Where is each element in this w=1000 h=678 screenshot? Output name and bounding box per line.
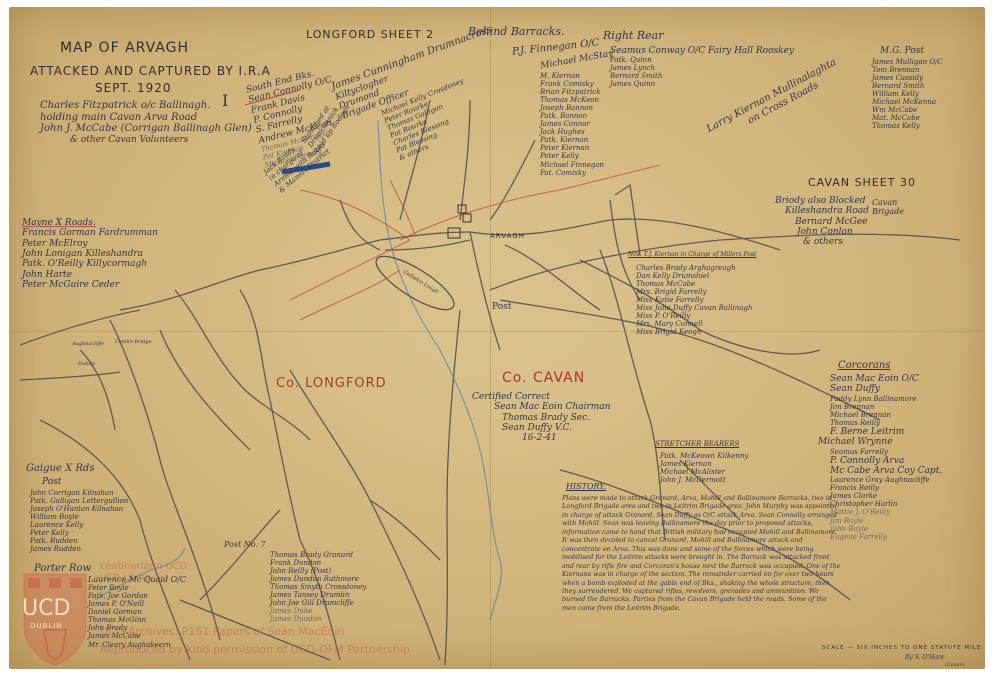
name-entry: Eugene Farrelly <box>830 533 942 541</box>
cavan-roads-note: Briody also Blocked Killeshandra Road Be… <box>775 196 869 248</box>
name-entry: James Mulligan O/C <box>872 58 943 66</box>
name-entry: Patk. Joe Gordan <box>88 592 186 600</box>
name-entry: Mat. McCabe <box>872 114 943 122</box>
name-entry: Thomas McGinn <box>88 616 186 624</box>
intro-note: & other Cavan Volunteers <box>40 135 252 145</box>
certificate-block: Certified Correct Sean Mac Eoin Chairman… <box>472 392 610 444</box>
map-title: MAP OF ARVAGH <box>60 40 189 56</box>
map-subtitle: ATTACKED AND CAPTURED BY I.R.A <box>30 64 271 78</box>
county-cavan-label: Co. CAVAN <box>502 370 585 386</box>
corcorans-heading: Corcorans <box>838 360 890 372</box>
name-entry: Brian Fitzpatrick <box>540 88 604 96</box>
name-entry: Michael Finnegan <box>540 161 604 169</box>
gaigue-group: John Corrigan Kilnahan Patk. Galligan Le… <box>30 489 128 553</box>
map-date: SEPT. 1920 <box>95 81 172 95</box>
name-entry: James Connor <box>540 120 604 128</box>
name-entry: James Clarke <box>830 492 942 500</box>
name-entry: Patk. McKeown Kilkenny <box>660 452 748 460</box>
name-entry: Miss P. O'Reilly <box>636 312 752 320</box>
longford-sheet-label: LONGFORD SHEET 2 <box>306 28 434 41</box>
name-entry: Patk. Galligan Lettergullion <box>30 497 128 505</box>
name-entry: Tom Brennan <box>872 66 943 74</box>
name-entry: James Lynch <box>610 64 794 72</box>
name-entry: P. Connolly Arva <box>830 456 942 466</box>
certificate-line: Sean Duffy V.C. <box>472 423 610 433</box>
post-no7-group: Thomas Brady Granard Frank Dundon John R… <box>270 551 366 623</box>
name-entry: Paddy Lynn Ballinamore <box>830 395 942 403</box>
name-entry: Pat. Comisky <box>540 169 604 177</box>
certificate-line: Thomas Brady Sec. <box>472 413 610 423</box>
name-entry: Christopher Harlin <box>830 500 942 508</box>
name-entry: Peter Kiernan <box>540 144 604 152</box>
signature-county: (Cavan) <box>945 663 965 669</box>
note-line: & others <box>775 237 869 247</box>
name-entry: Jack Hughes <box>540 128 604 136</box>
name-entry: Miss Julia Duffy Cavan Ballinagh <box>636 304 752 312</box>
name-entry: Thomas Brady Granard <box>270 551 366 559</box>
bridge-label: Aughnacliffe <box>72 342 104 348</box>
name-entry: James Quinn <box>610 80 794 88</box>
post-no7-heading: Post No. 7 <box>224 540 266 549</box>
right-rear-heading: Right Rear <box>603 30 663 43</box>
name-entry: Frank Dundon <box>270 559 366 567</box>
name-entry: Laurence Kelly <box>30 521 128 529</box>
name-entry: M. Kiernan <box>540 72 604 80</box>
name-entry: Michael Wrynne <box>818 437 942 447</box>
bridge-label: Camlin Bridge <box>115 340 152 346</box>
history-heading: HISTORY. <box>566 482 606 491</box>
name-entry: Patk. Quinn <box>610 56 794 64</box>
name-entry: James Cassidy <box>872 74 943 82</box>
name-entry: Michael McAlister <box>660 468 748 476</box>
name-entry: Thomas Kelly <box>872 122 943 130</box>
name-entry: John Corrigan Kilnahan <box>30 489 128 497</box>
group-heading: Mayne X Roads. <box>22 218 158 228</box>
name-entry: Francis Gorman Fardrumman <box>22 228 158 238</box>
name-entry: James Dundon <box>270 615 366 623</box>
name-entry: Mc Cabe Arva Coy Capt. <box>830 466 942 476</box>
stretcher-bearers-group: Patk. McKeown Kilkenny James Kiernan Mic… <box>660 452 748 484</box>
name-entry: James P. O'Neill <box>88 600 186 608</box>
name-entry: Patk. Kiernan <box>540 136 604 144</box>
name-entry: Patk. Rudden <box>30 537 128 545</box>
town-arvagh: ARVAGH <box>490 232 525 240</box>
name-entry: John Lonigan Killeshandra <box>22 249 158 259</box>
intro-notes: Charles Fitzpatrick o/c Ballinagh. holdi… <box>40 100 252 145</box>
intro-note: Charles Fitzpatrick o/c Ballinagh. <box>40 100 252 112</box>
name-entry: Thomas McCabe <box>636 280 752 288</box>
name-entry: Joseph Bannon <box>540 104 604 112</box>
watermark-library: Leabharlann UCD <box>100 561 187 572</box>
certificate-line: Sean Mac Eoin Chairman <box>472 402 610 412</box>
mg-post-group: James Mulligan O/C Tom Brennan James Cas… <box>872 58 943 130</box>
certificate-heading: Certified Correct <box>472 392 610 402</box>
cavan-roads-side: Cavan Brigade <box>872 198 906 216</box>
name-entry: Mrs. Brigid Farrelly <box>636 288 752 296</box>
name-entry: Miss Katie Farrelly <box>636 296 752 304</box>
name-entry: Wm McCabe <box>872 106 943 114</box>
name-entry: Michael McKenna <box>872 98 943 106</box>
name-entry: Thomas Reilly <box>830 419 942 427</box>
corcorans-group: Sean Mac Eoin O/C Sean Duffy Paddy Lynn … <box>830 374 942 541</box>
watermark-line1: UCD Archives: P151 Papers of Seán MacEoi… <box>100 625 344 638</box>
name-entry: Miss Brigid Keogh <box>636 328 752 336</box>
name-entry: Peter McGuire Ceder <box>22 280 158 290</box>
name-entry: John Boyle <box>830 525 942 533</box>
name-entry: James Kiernan <box>660 460 748 468</box>
name-entry: Laurence Mc Quaid O/C <box>88 575 186 584</box>
name-entry: Patk. O'Reilly Killycormagh <box>22 259 158 269</box>
gaigue-heading: Gaigue X Rds <box>26 463 94 475</box>
name-entry: Patk. Bannon <box>540 112 604 120</box>
bridge-label: Dublin <box>78 362 95 368</box>
field-post-group: Charles Brady Arghagreagh Dan Kelly Drum… <box>636 264 752 336</box>
ucd-logo-text: UCD <box>22 596 70 621</box>
name-entry: James Tansey Drumlin <box>270 591 366 599</box>
name-entry: Francis Reilly <box>830 484 942 492</box>
name-entry: William Boyle <box>30 513 128 521</box>
name-entry: James Dundon Rathmore <box>270 575 366 583</box>
watermark-line2: Reproduced by kind permission of UCD-OFM… <box>100 643 410 656</box>
name-entry: Jim Boyle <box>830 517 942 525</box>
name-entry: Sean Mac Eoin O/C <box>830 374 942 384</box>
note-line: Briody also Blocked <box>775 196 869 206</box>
name-entry: John J. McDermott <box>660 476 748 484</box>
name-entry: Peter Kelly <box>540 152 604 160</box>
name-entry: John Joe Gill Drumcliffe <box>270 599 366 607</box>
name-entry: Michael Brennan <box>830 411 942 419</box>
name-entry: Seamus Conway O/C Fairy Hall Rooskey <box>610 46 794 56</box>
name-entry: F. Berne Leitrim <box>830 427 942 437</box>
intro-note: John J. McCabe (Corrigan Ballinagh Glen) <box>40 123 252 135</box>
name-entry: John Harte <box>22 270 158 280</box>
name-entry: Peter Boyle <box>88 584 186 592</box>
note-line: Bernard McGee <box>775 217 869 227</box>
name-entry: Mattie J. O'Reilly <box>830 508 942 516</box>
name-entry: Bernard Smith <box>872 82 943 90</box>
county-longford-label: Co. LONGFORD <box>276 376 387 391</box>
mayne-roads-group: Mayne X Roads. Francis Gorman Fardrumman… <box>22 218 158 290</box>
cavan-sheet-label: CAVAN SHEET 30 <box>808 176 916 189</box>
name-entry: Frank Comisky <box>540 80 604 88</box>
name-entry: Sean Duffy <box>830 384 942 394</box>
scale-note: SCALE — SIX INCHES TO ONE STATUTE MILE <box>822 645 981 651</box>
field-post-heading: Nos. T.J. Kiernan in Charge of Millers P… <box>628 252 756 259</box>
name-entry: John Reilly (Post) <box>270 567 366 575</box>
name-entry: James Duke <box>270 607 366 615</box>
gaigue-sub: Post <box>42 477 61 487</box>
roman-numeral: I <box>222 92 228 110</box>
name-entry: Charles Brady Arghagreagh <box>636 264 752 272</box>
name-entry: Thomas Smyth Crossdoney <box>270 583 366 591</box>
name-entry: Daniel Gorman <box>88 608 186 616</box>
name-entry: Mrs. Mary Connell <box>636 320 752 328</box>
mg-post-heading: M.G. Post <box>880 46 924 56</box>
intro-note: holding main Cavan Arva Road <box>40 112 252 124</box>
ucd-logo-sub: DUBLIN <box>30 622 63 630</box>
post-marker: Post <box>492 302 511 312</box>
note-line: Killeshandra Road <box>775 206 869 216</box>
name-entry: Laurence Gray Aughnacliffe <box>830 476 942 484</box>
history-text: Plans were made to attack Granard, Arva,… <box>562 494 842 612</box>
right-rear-group: Seamus Conway O/C Fairy Hall Rooskey Pat… <box>610 46 794 89</box>
name-entry: Jim Brennan <box>830 403 942 411</box>
name-entry: Peter McElroy <box>22 239 158 249</box>
name-entry: Thomas McKeon <box>540 96 604 104</box>
name-entry: Seamus Farrelly <box>830 448 942 456</box>
porter-row-heading: Porter Row <box>34 563 91 575</box>
name-entry: William Kelly <box>872 90 943 98</box>
signature: By S. O'Hare <box>905 655 944 662</box>
name-entry: James Rudden <box>30 545 128 553</box>
name-entry: Joseph O'Hanlon Kilnahan <box>30 505 128 513</box>
stretcher-bearers-heading: STRETCHER BEARERS <box>655 440 739 448</box>
front-barracks-group: M. Kiernan Frank Comisky Brian Fitzpatri… <box>540 72 604 177</box>
name-entry: Bernard Smith <box>610 72 794 80</box>
name-entry: Peter Kelly <box>30 529 128 537</box>
note-line: John Conlon <box>775 227 869 237</box>
name-entry: Dan Kelly Drumshiel <box>636 272 752 280</box>
certificate-date: 16-2-41 <box>472 433 610 443</box>
